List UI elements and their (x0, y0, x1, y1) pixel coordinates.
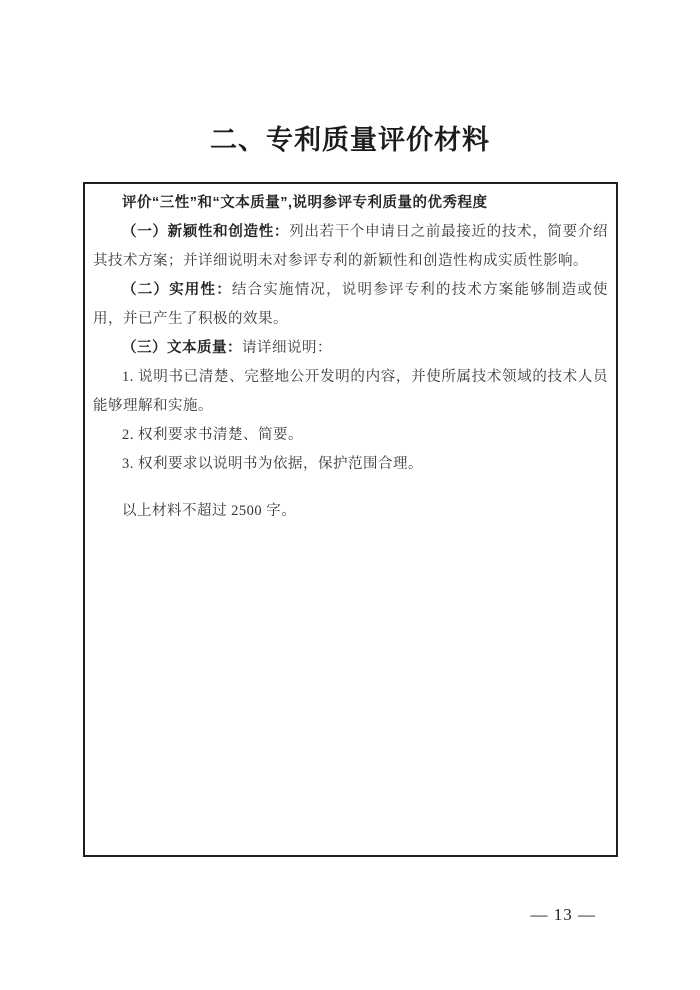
section-novelty-creativity: （一）新颖性和创造性：列出若干个申请日之前最接近的技术，简要介绍其技术方案；并详… (93, 218, 608, 276)
content-box: 评价“三性”和“文本质量”,说明参评专利质量的优秀程度 （一）新颖性和创造性：列… (83, 182, 618, 857)
list-item-specification: 1. 说明书已清楚、完整地公开发明的内容，并使所属技术领域的技术人员能够理解和实… (93, 363, 608, 421)
section-utility-label: （二）实用性： (122, 282, 232, 298)
page-number: — 13 — (531, 904, 597, 926)
document-page: 二、专利质量评价材料 评价“三性”和“文本质量”,说明参评专利质量的优秀程度 （… (0, 0, 700, 990)
box-heading: 评价“三性”和“文本质量”,说明参评专利质量的优秀程度 (93, 189, 608, 218)
list-item-claims-basis: 3. 权利要求以说明书为依据，保护范围合理。 (93, 450, 608, 479)
section-text-quality: （三）文本质量：请详细说明： (93, 334, 608, 363)
section-utility: （二）实用性：结合实施情况，说明参评专利的技术方案能够制造或使用，并已产生了积极… (93, 276, 608, 334)
list-item-claims-clear: 2. 权利要求书清楚、简要。 (93, 421, 608, 450)
word-limit-note: 以上材料不超过 2500 字。 (93, 497, 608, 526)
section-text-quality-text: 请详细说明： (242, 340, 332, 356)
section-novelty-creativity-label: （一）新颖性和创造性： (122, 224, 289, 240)
page-title: 二、专利质量评价材料 (0, 124, 700, 156)
section-text-quality-label: （三）文本质量： (122, 340, 242, 356)
